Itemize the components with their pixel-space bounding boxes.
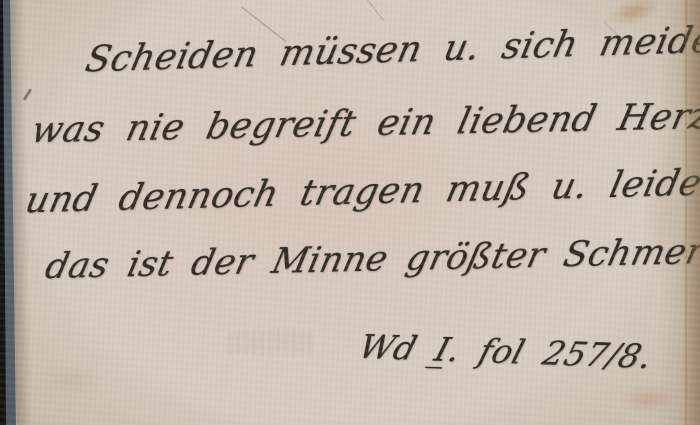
handwriting-line-1: Scheiden müssen u. sich meiden,	[82, 19, 700, 80]
foxing-stain-bottom-left	[28, 360, 118, 400]
handwriting-line-3: und dennoch tragen muß u. leiden,	[22, 163, 700, 221]
manuscript-photo: Scheiden müssen u. sich meiden, was nie …	[0, 0, 700, 425]
handwriting-line-2: was nie begreift ein liebend Herz,	[28, 97, 700, 151]
red-stain-bottom-right	[612, 382, 686, 416]
handwriting-line-4: das ist der Minne größter Schmerz.“	[42, 232, 700, 287]
faint-embossed-stamp	[228, 330, 314, 356]
page-crease	[685, 0, 687, 425]
handwriting-citation: Wd I̲. fol 257/8.	[355, 329, 657, 375]
pencil-scratch	[358, 0, 385, 21]
